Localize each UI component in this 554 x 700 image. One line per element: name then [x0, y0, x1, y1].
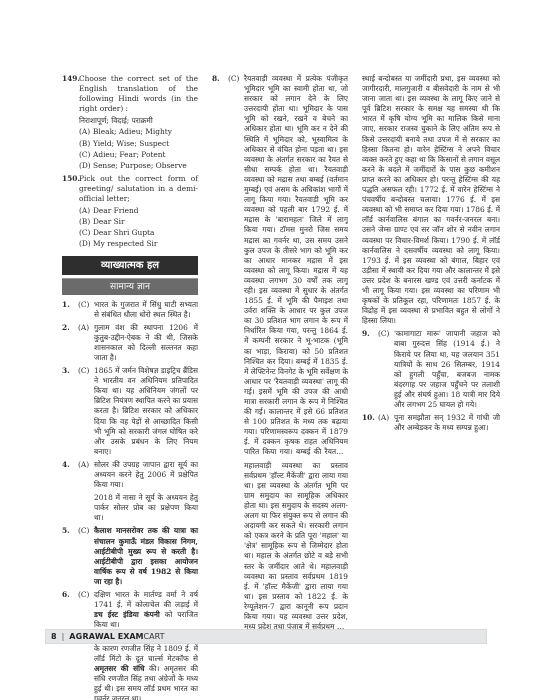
page-footer: 8|AGRAWAL EXAMCART	[45, 629, 487, 644]
brand-name: AGRAWAL	[69, 632, 115, 641]
answer-8: 8.(C)रैयतवाड़ी व्यवस्था में प्रत्येक पंज…	[212, 74, 348, 458]
brand-cart: CART	[144, 632, 165, 641]
question-149: 149. Choose the correct set of the Engli…	[62, 74, 198, 114]
hindi-words: निराशापूर्ण; विदाई; पराक्रमी	[79, 116, 198, 126]
footer-separator: |	[62, 632, 65, 641]
answer-8-para3: स्थाई बन्दोबस्त या जमींदारी प्रथा, इस व्…	[362, 74, 500, 326]
answer-3: 3.(C)1865 में जर्मन विशेषज्ञ डाइट्रिच ब्…	[62, 366, 198, 457]
answer-6: 6.(C)दक्षिण भारत के मार्तण्ड वर्मा ने वर…	[62, 590, 198, 630]
option-c: (C)Dear Shri Gupta	[79, 228, 198, 238]
option-d: (D)Sense; Purpose; Observe	[79, 161, 198, 171]
answer-4-extra: 2018 में नासा ने सूर्य के अध्ययन हेतु पा…	[94, 493, 198, 523]
option-c: (C)Adieu; Fear; Potent	[79, 150, 198, 160]
subsection-header: सामान्य ज्ञान	[62, 278, 198, 295]
page-number: 8	[51, 632, 57, 641]
column-middle: 8.(C)रैयतवाड़ी व्यवस्था में प्रत्येक पंज…	[212, 74, 348, 635]
answer-10: 10.(A)पूना समझौता सन् 1932 में गांधी जी …	[362, 413, 500, 433]
option-b: (B)Yield; Wise; Suspect	[79, 139, 198, 149]
question-number: 149.	[62, 74, 79, 114]
question-text: Pick out the correct form of greeting/ s…	[79, 174, 198, 204]
option-d: (D)My respected Sir	[79, 239, 198, 249]
answer-8-para2: महालवाड़ी व्यवस्था का प्रस्ताव सर्वप्रथम…	[244, 461, 348, 633]
answer-5: 5.(C)कैलाश मानसरोवर तक की यात्रा का संचा…	[62, 526, 198, 587]
answer-9: 9.(C)'कामागाटा मारू' जापानी जहाज को बाबा…	[362, 329, 500, 410]
column-right: स्थाई बन्दोबस्त या जमींदारी प्रथा, इस व्…	[362, 74, 500, 436]
option-a: (A)Dear Friend	[79, 206, 198, 216]
answer-1: 1.(C)भारत के गुजरात में सिंधु घाटी सभ्यत…	[62, 300, 198, 320]
question-text: Choose the correct set of the English tr…	[79, 74, 198, 114]
question-number: 150.	[62, 174, 79, 204]
option-b: (B)Dear Sir	[79, 217, 198, 227]
answer-2: 2.(A)गुलाम वंश की स्थापना 1206 में कुतुब…	[62, 323, 198, 363]
brand-exam: EXAM	[118, 632, 144, 641]
section-header: व्याख्यात्मक हल	[62, 256, 198, 275]
column-left: 149. Choose the correct set of the Engli…	[62, 74, 198, 700]
option-a: (A)Bleak; Adieu; Mighty	[79, 127, 198, 137]
question-150: 150. Pick out the correct form of greeti…	[62, 174, 198, 204]
answer-4: 4.(A)सोलर की उपग्रह जापान द्वारा सूर्य क…	[62, 460, 198, 490]
